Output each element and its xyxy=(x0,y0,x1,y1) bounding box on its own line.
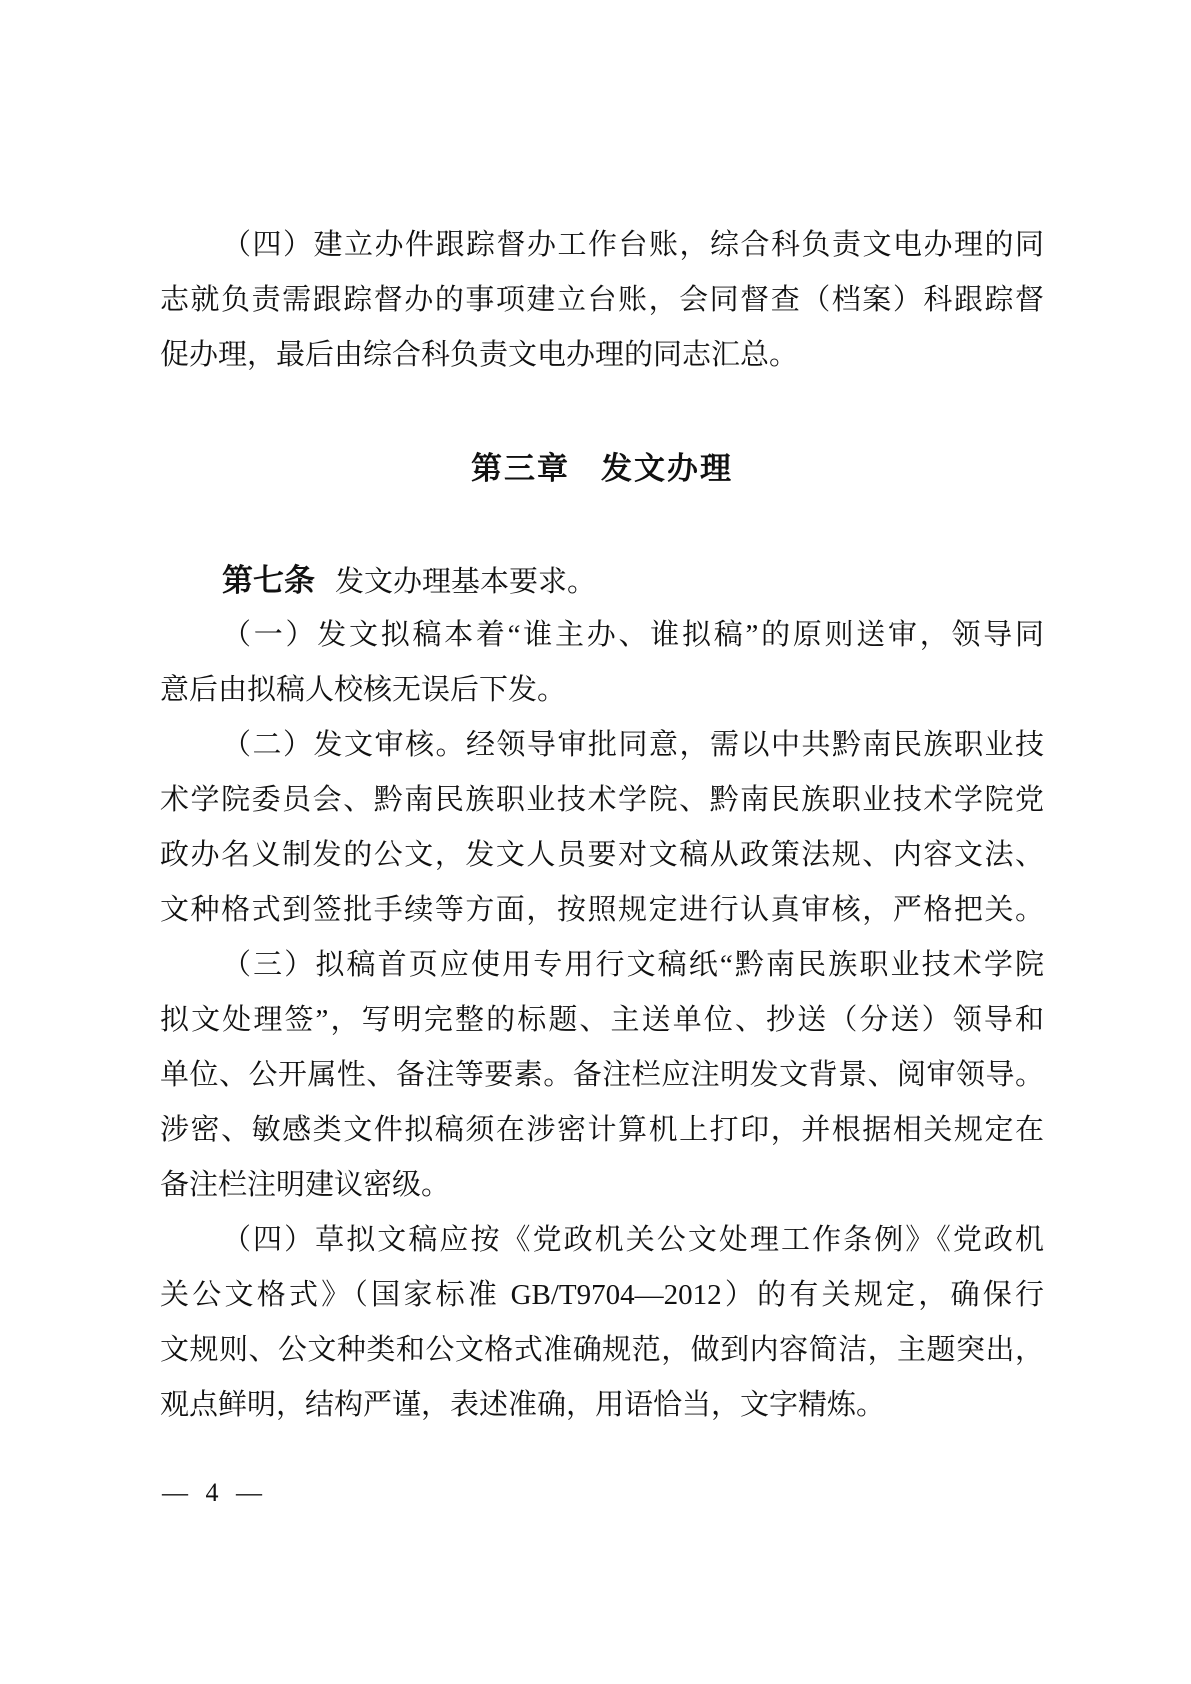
text-line: 单位、公开属性、备注等要素。备注栏应注明发文背景、阅审领导。 xyxy=(160,1048,1044,1103)
paragraph-item-1: （一）发文拟稿本着“谁主办、谁拟稿”的原则送审，领导同 意后由拟稿人校核无误后下… xyxy=(160,608,1044,718)
article-7-label: 第七条 xyxy=(222,563,315,598)
text-line: （一）发文拟稿本着“谁主办、谁拟稿”的原则送审，领导同 xyxy=(160,608,1044,663)
text-line: 志就负责需跟踪督办的事项建立台账，会同督查（档案）科跟踪督 xyxy=(160,273,1044,328)
article-7-line: 第七条发文办理基本要求。 xyxy=(160,553,1044,608)
text-line: （三）拟稿首页应使用专用行文稿纸“黔南民族职业技术学院 xyxy=(160,938,1044,993)
text-line: （四）建立办件跟踪督办工作台账，综合科负责文电办理的同 xyxy=(160,218,1044,273)
paragraph-item-4: （四）草拟文稿应按《党政机关公文处理工作条例》《党政机 关公文格式》（国家标准 … xyxy=(160,1213,1044,1433)
text-line: （二）发文审核。经领导审批同意，需以中共黔南民族职业技 xyxy=(160,718,1044,773)
text-line: 文种格式到签批手续等方面，按照规定进行认真审核，严格把关。 xyxy=(160,883,1044,938)
chapter-number: 第三章 xyxy=(471,451,570,486)
article-7-title: 发文办理基本要求。 xyxy=(335,566,596,598)
paragraph-tracking-ledger: （四）建立办件跟踪督办工作台账，综合科负责文电办理的同 志就负责需跟踪督办的事项… xyxy=(160,218,1044,383)
text-line: 关公文格式》（国家标准 GB/T9704—2012）的有关规定，确保行 xyxy=(160,1268,1044,1323)
paragraph-item-2: （二）发文审核。经领导审批同意，需以中共黔南民族职业技 术学院委员会、黔南民族职… xyxy=(160,718,1044,938)
text-line: 拟文处理签”，写明完整的标题、主送单位、抄送（分送）领导和 xyxy=(160,993,1044,1048)
chapter-heading: 第三章发文办理 xyxy=(160,441,1044,496)
text-line: （四）草拟文稿应按《党政机关公文处理工作条例》《党政机 xyxy=(160,1213,1044,1268)
text-line: 备注栏注明建议密级。 xyxy=(160,1158,1044,1213)
text-line: 意后由拟稿人校核无误后下发。 xyxy=(160,663,1044,718)
document-page: （四）建立办件跟踪督办工作台账，综合科负责文电办理的同 志就负责需跟踪督办的事项… xyxy=(0,0,1191,1684)
text-line: 观点鲜明，结构严谨，表述准确，用语恰当，文字精炼。 xyxy=(160,1378,1044,1433)
paragraph-item-3: （三）拟稿首页应使用专用行文稿纸“黔南民族职业技术学院 拟文处理签”，写明完整的… xyxy=(160,938,1044,1213)
chapter-title: 发文办理 xyxy=(601,451,733,486)
text-line: 政办名义制发的公文，发文人员要对文稿从政策法规、内容文法、 xyxy=(160,828,1044,883)
text-line: 术学院委员会、黔南民族职业技术学院、黔南民族职业技术学院党 xyxy=(160,773,1044,828)
page-number: — 4 — xyxy=(162,1479,1044,1507)
text-line: 促办理，最后由综合科负责文电办理的同志汇总。 xyxy=(160,328,1044,383)
text-line: 涉密、敏感类文件拟稿须在涉密计算机上打印，并根据相关规定在 xyxy=(160,1103,1044,1158)
text-line: 文规则、公文种类和公文格式准确规范，做到内容简洁，主题突出， xyxy=(160,1323,1044,1378)
